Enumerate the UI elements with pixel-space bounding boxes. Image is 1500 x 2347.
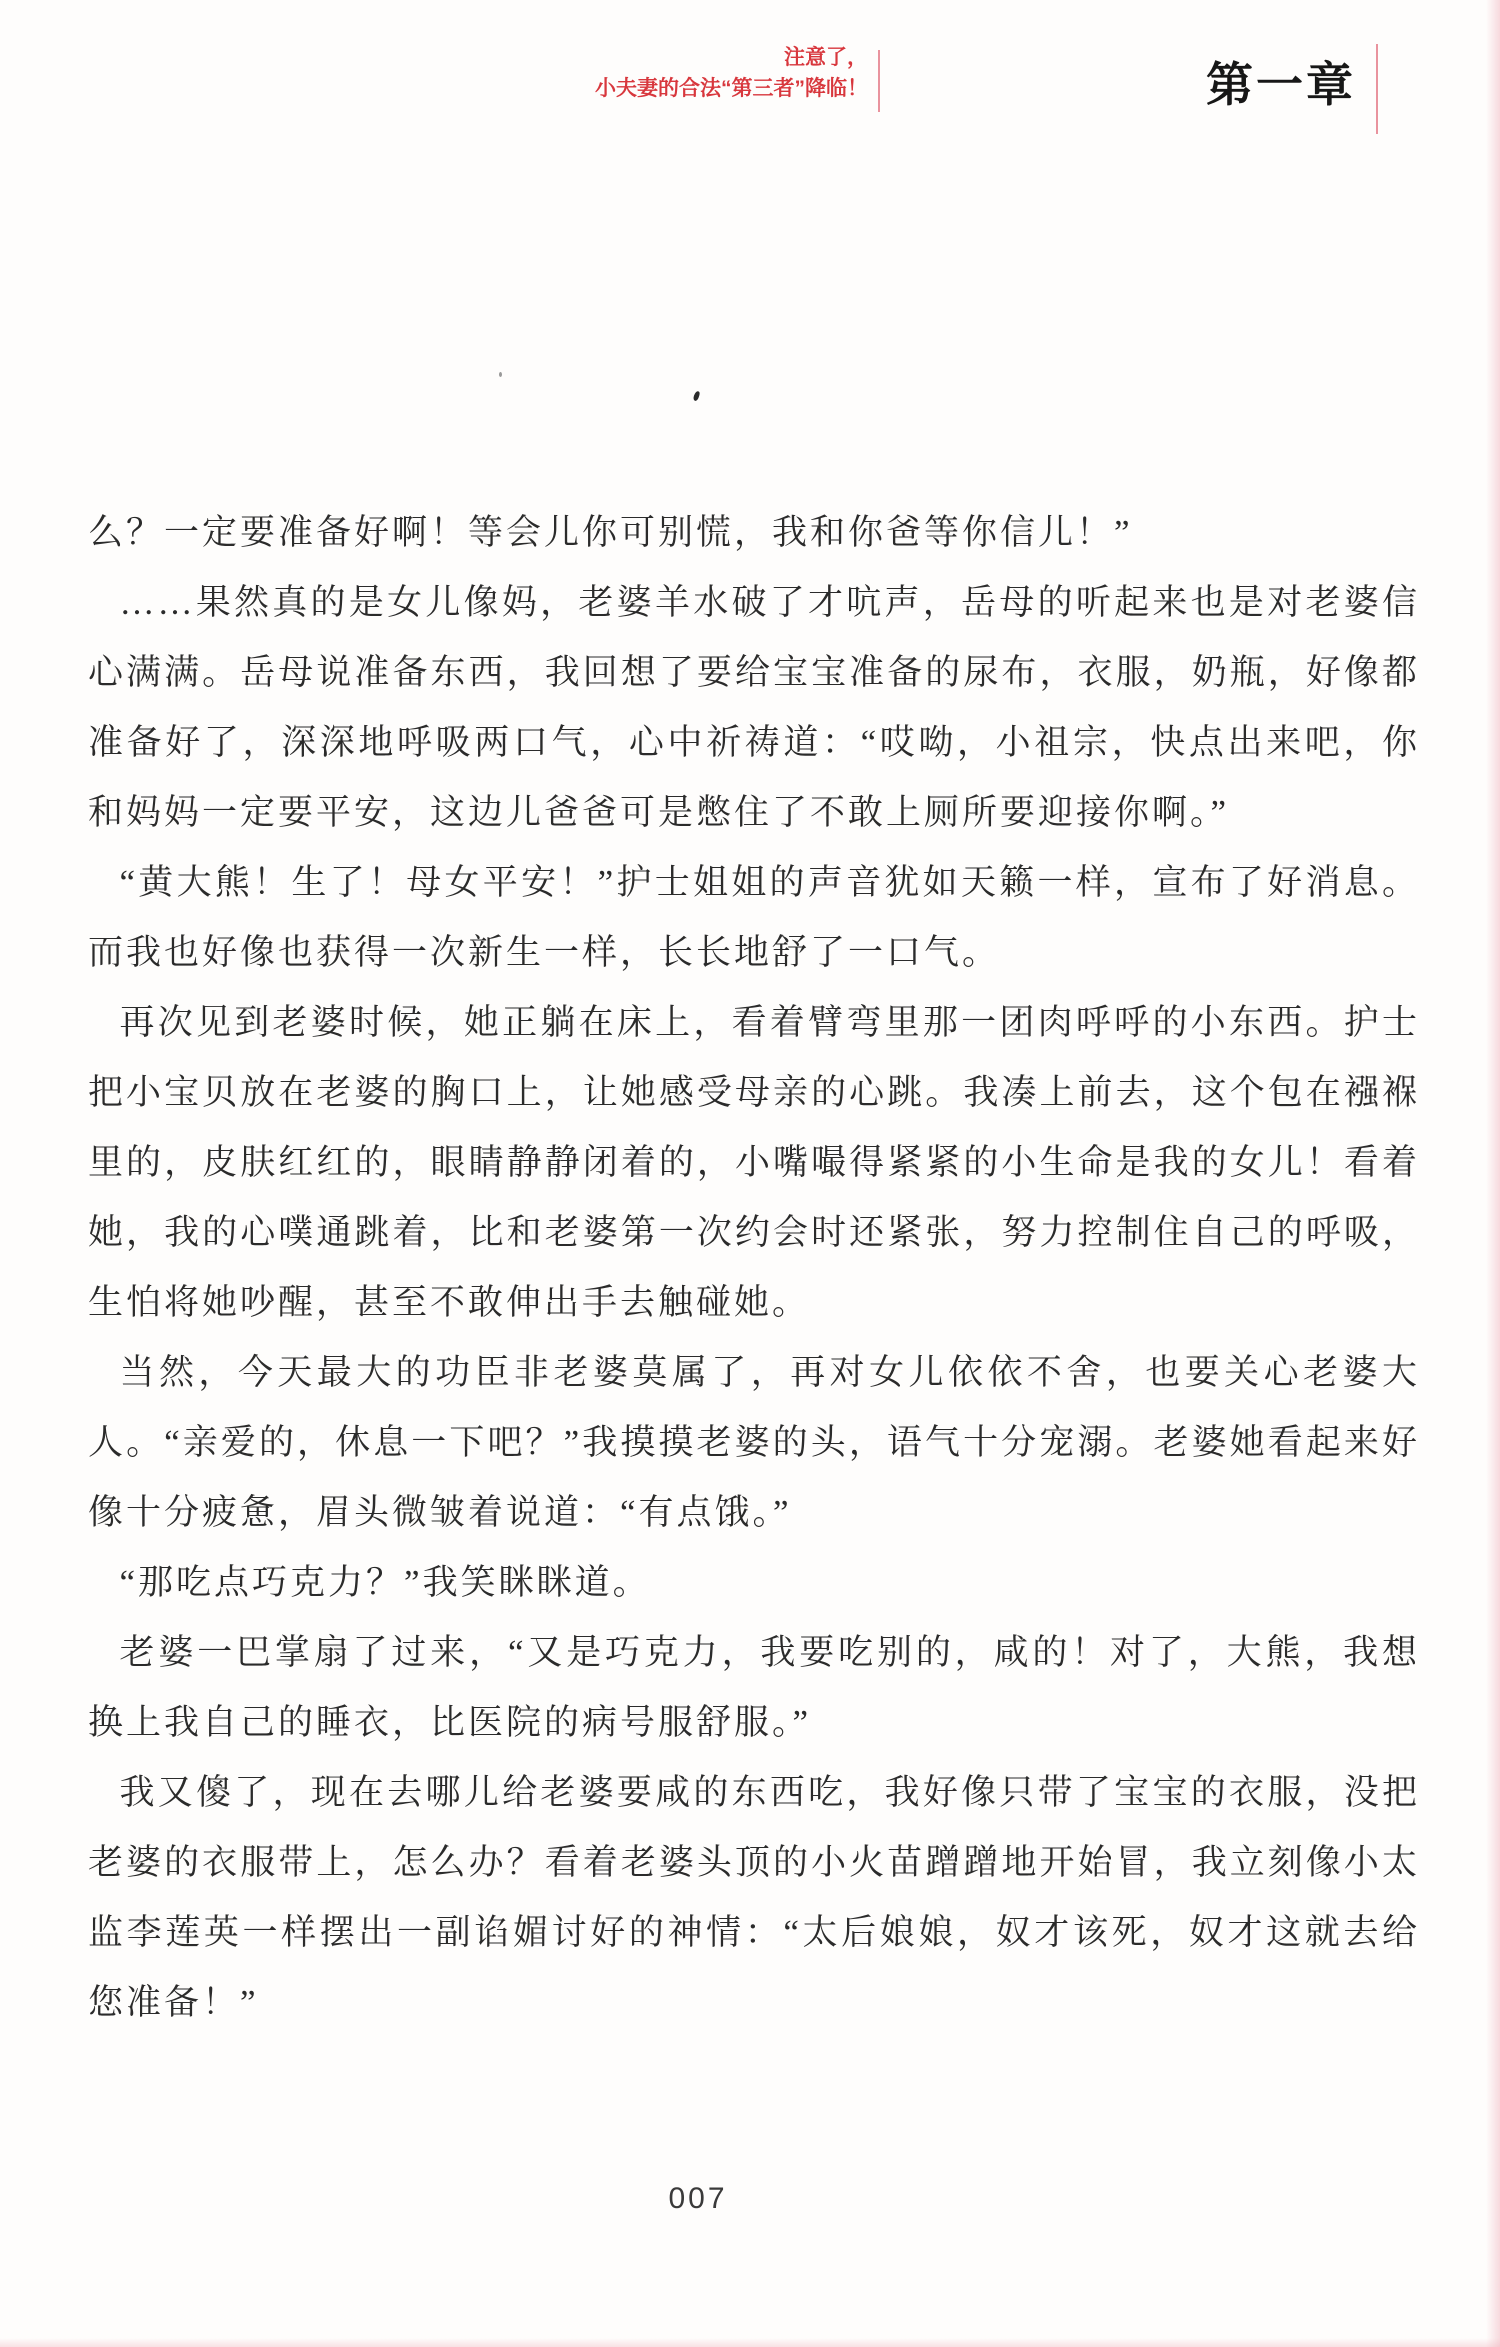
page-edge-shadow [1486, 0, 1500, 2347]
body-paragraph: “那吃点巧克力？”我笑眯眯道。 [88, 1548, 1420, 1618]
page-number: 007 [648, 2182, 748, 2216]
body-paragraph: “黄大熊！生了！母女平安！”护士姐姐的声音犹如天籁一样，宣布了好消息。而我也好像… [88, 848, 1420, 988]
body-paragraph: 老婆一巴掌扇了过来，“又是巧克力，我要吃别的，咸的！对了，大熊，我想换上我自己的… [88, 1618, 1420, 1758]
scan-speck [693, 390, 701, 401]
body-paragraph: 当然，今天最大的功臣非老婆莫属了，再对女儿依依不舍，也要关心老婆大人。“亲爱的，… [88, 1338, 1420, 1548]
chapter-title: 第一章 [1050, 48, 1356, 115]
body-text: 么？一定要准备好啊！等会儿你可别慌，我和你爸等你信儿！” ……果然真的是女儿像妈… [88, 498, 1420, 2038]
running-header-title: 注意了， 小夫妻的合法“第三者”降临！ [380, 42, 868, 104]
body-paragraph: 我又傻了，现在去哪儿给老婆要咸的东西吃，我好像只带了宝宝的衣服，没把老婆的衣服带… [88, 1758, 1420, 2038]
book-page: 注意了， 小夫妻的合法“第三者”降临！ 第一章 么？一定要准备好啊！等会儿你可别… [0, 0, 1500, 2347]
body-paragraph: 么？一定要准备好啊！等会儿你可别慌，我和你爸等你信儿！” [88, 498, 1420, 568]
body-paragraph: 再次见到老婆时候，她正躺在床上，看着臂弯里那一团肉呼呼的小东西。护士把小宝贝放在… [88, 988, 1420, 1338]
header-red-divider [878, 50, 880, 112]
body-paragraph: ……果然真的是女儿像妈，老婆羊水破了才吭声，岳母的听起来也是对老婆信心满满。岳母… [88, 568, 1420, 848]
page-edge-shadow [0, 2338, 1500, 2347]
chapter-red-divider [1376, 44, 1378, 134]
scan-speck [499, 372, 502, 377]
